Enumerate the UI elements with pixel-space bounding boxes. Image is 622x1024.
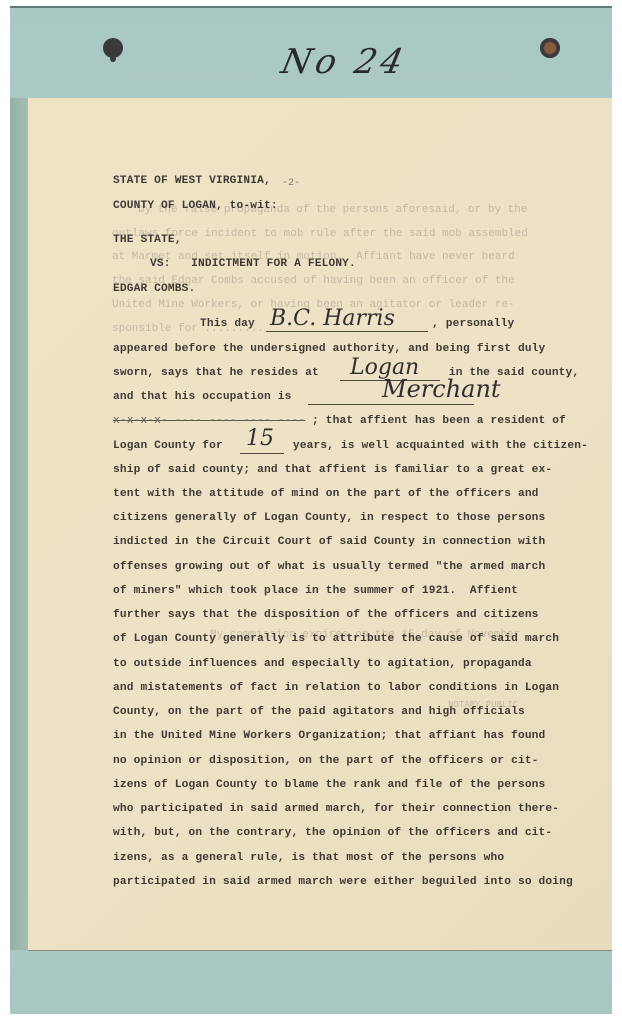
folder-tab-number: No 24	[278, 42, 411, 82]
body-line: who participated in said armed march, fo…	[113, 803, 559, 815]
body-line-1-post: , personally	[432, 318, 514, 330]
body-line: izens, as a general rule, is that most o…	[113, 852, 504, 864]
page-number: -2-	[282, 178, 300, 189]
body-line: to outside influences and especially to …	[113, 658, 532, 670]
binder-hole-left	[103, 38, 123, 58]
caption-versus: VS: INDICTMENT FOR A FELONY.	[150, 258, 356, 270]
body-line: indicted in the Circuit Court of said Co…	[113, 536, 545, 548]
body-line: ship of said county; and that affient is…	[113, 464, 552, 476]
blank-years	[240, 453, 284, 454]
body-line: with, but, on the contrary, the opinion …	[113, 827, 552, 839]
caption-state: STATE OF WEST VIRGINIA,	[113, 175, 271, 187]
body-line-4-pre: and that his occupation is	[113, 391, 298, 403]
document-page	[28, 98, 612, 950]
body-line-6-pre: Logan County for	[113, 440, 230, 452]
body-line: and mistatements of fact in relation to …	[113, 682, 559, 694]
body-line: offenses growing out of what is usually …	[113, 561, 545, 573]
body-line: izens of Logan County to blame the rank …	[113, 779, 545, 791]
caption-plaintiff: THE STATE,	[113, 234, 182, 246]
body-line: of Logan County generally is to attribut…	[113, 633, 559, 645]
blank-affiant-name	[266, 331, 428, 332]
occupation: Merchant	[382, 375, 501, 403]
body-line: participated in said armed march were ei…	[113, 876, 573, 888]
body-line: further says that the disposition of the…	[113, 609, 539, 621]
body-line: appeared before the undersigned authorit…	[113, 343, 545, 355]
binder-grommet-right	[540, 38, 560, 58]
body-line-1-pre: This day	[200, 318, 262, 330]
body-line-6-post: years, is well acquainted with the citiz…	[286, 440, 588, 452]
caption-defendant: EDGAR COMBS.	[113, 283, 195, 295]
struck-text: x-x-x-x- ---- ---- ---- ----	[113, 415, 305, 427]
caption-county: COUNTY OF LOGAN, to-wit:	[113, 200, 278, 212]
folder-left-edge	[10, 98, 28, 950]
affiant-name: B.C. Harris	[270, 306, 395, 331]
body-line: citizens generally of Logan County, in r…	[113, 512, 545, 524]
years-resident: 15	[246, 426, 274, 451]
body-line: County, on the part of the paid agitator…	[113, 706, 525, 718]
body-line: tent with the attitude of mind on the pa…	[113, 488, 539, 500]
body-line: of miners" which took place in the summe…	[113, 585, 518, 597]
body-line: no opinion or disposition, on the part o…	[113, 755, 539, 767]
body-line-5-post: ; that affient has been a resident of	[312, 415, 566, 427]
blank-occupation	[308, 404, 474, 405]
body-line: in the United Mine Workers Organization;…	[113, 730, 545, 742]
body-line-3-pre: sworn, says that he resides at	[113, 367, 326, 379]
